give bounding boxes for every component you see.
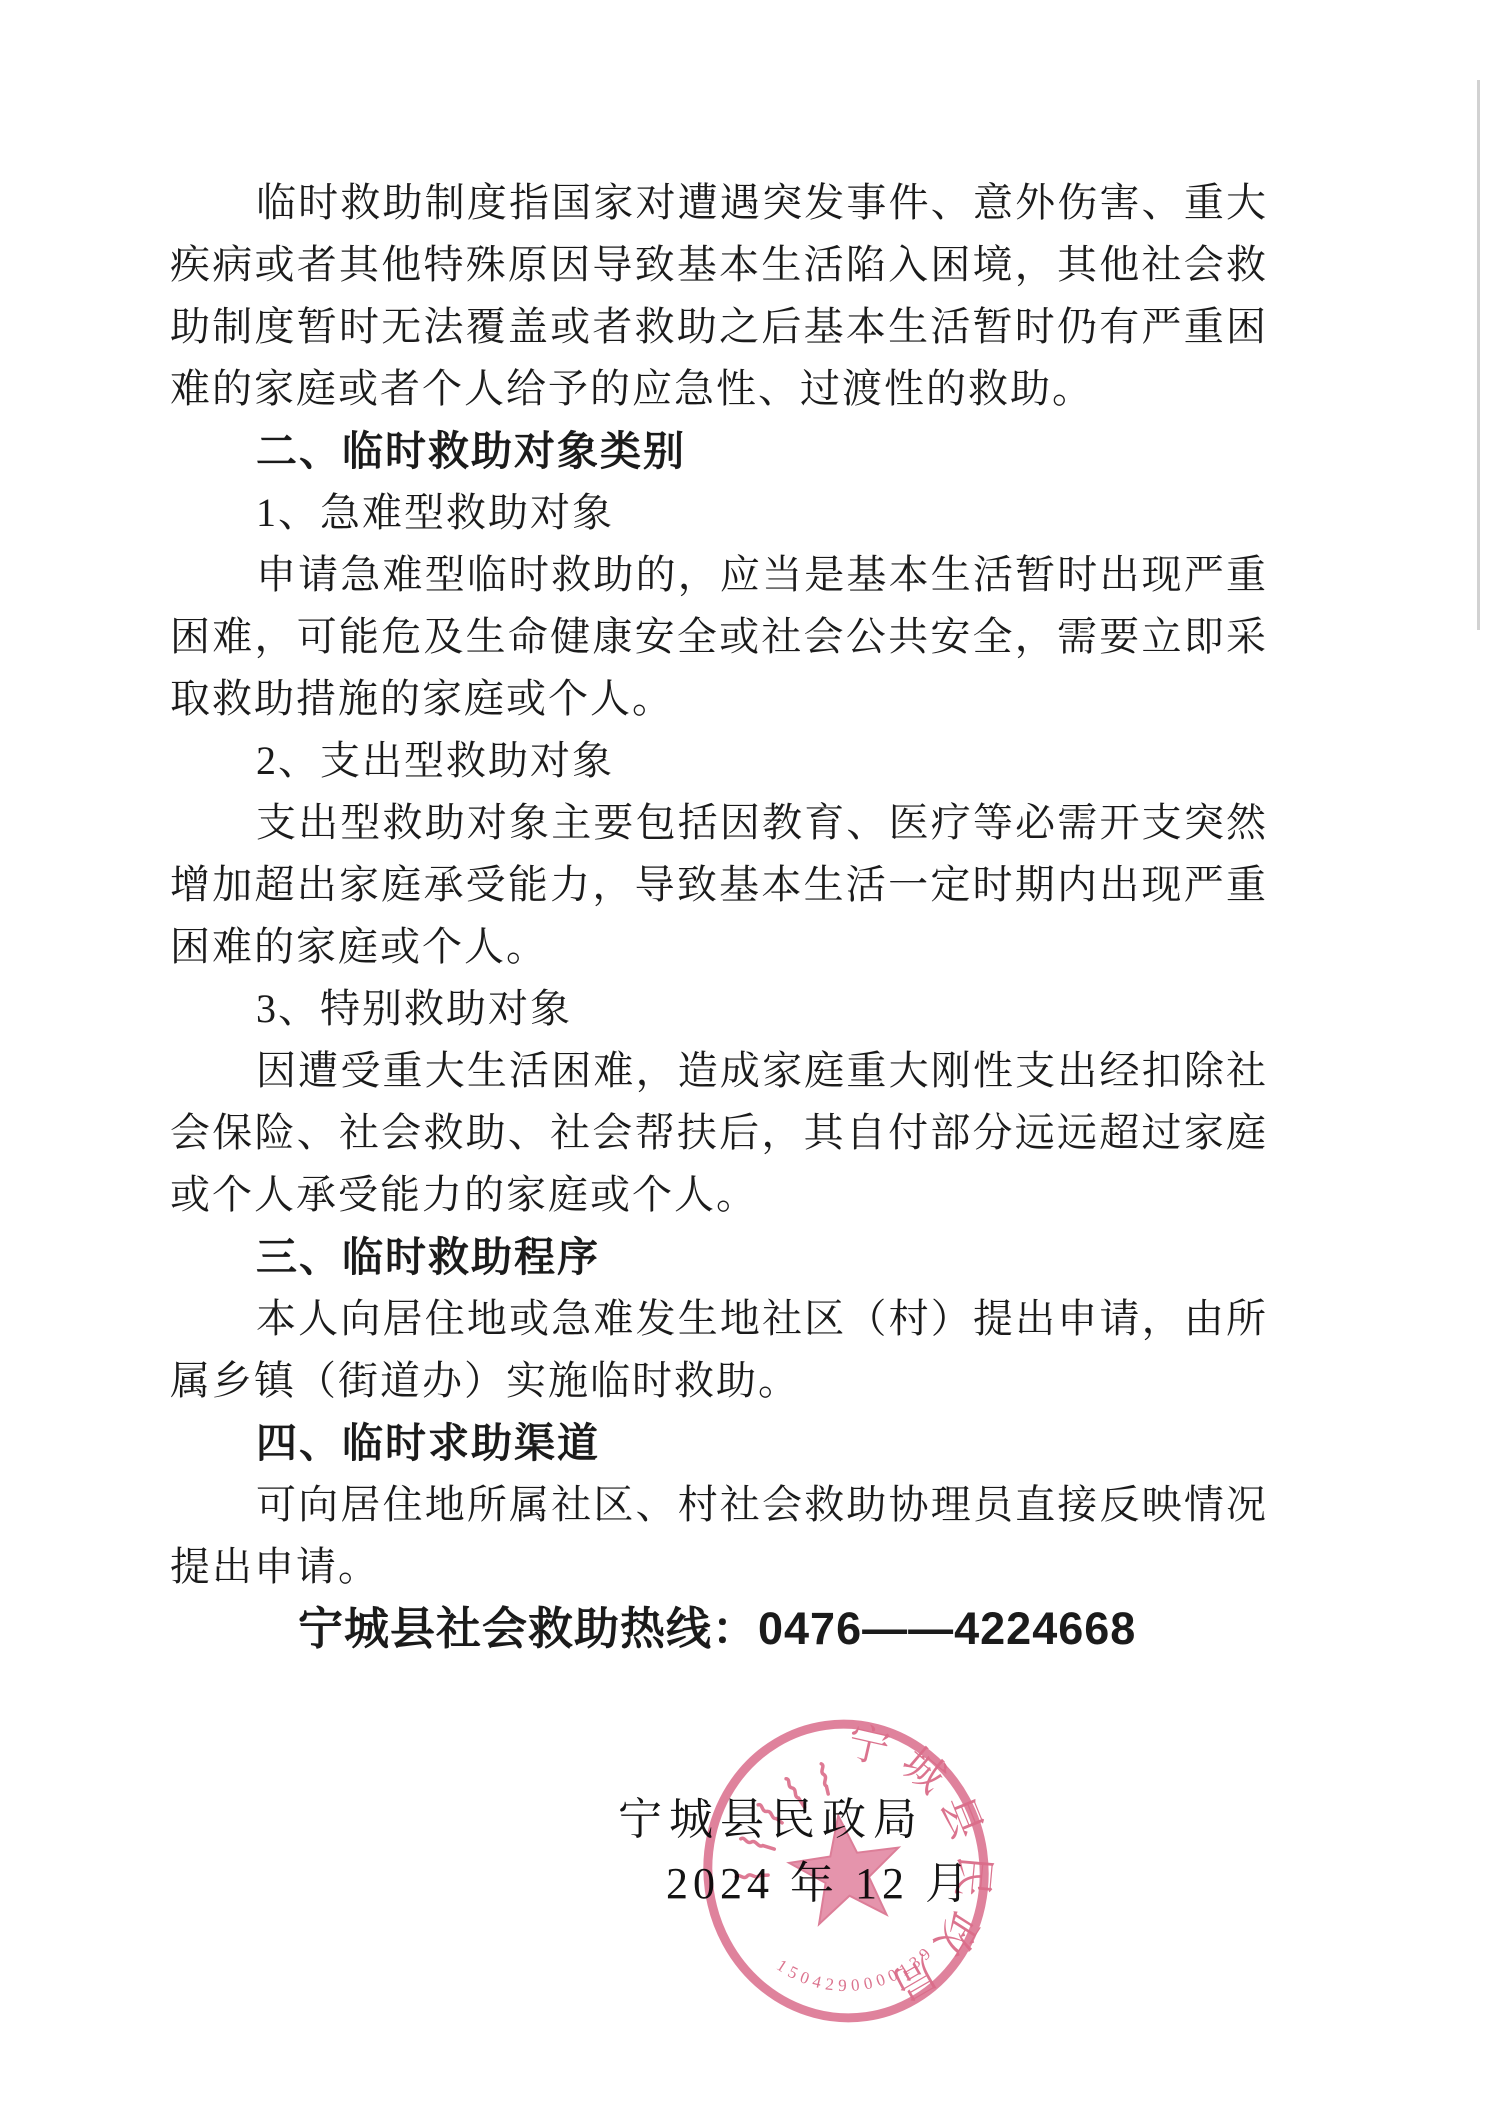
document-page: 临时救助制度指国家对遭遇突发事件、意外伤害、重大疾病或者其他特殊原因导致基本生活… (0, 0, 1488, 2104)
paragraph-heading: 四、临时求助渠道 (170, 1412, 1268, 1474)
paragraph-body: 本人向居住地或急难发生地社区（村）提出申请，由所属乡镇（街道办）实施临时救助。 (170, 1288, 1268, 1412)
paragraph-heading: 二、临时救助对象类别 (170, 420, 1268, 482)
scan-artifact-line (1477, 80, 1480, 630)
official-seal: 宁城县民政局 1504290000139 (696, 1716, 996, 2028)
paragraph-body: 支出型救助对象主要包括因教育、医疗等必需开支突然增加超出家庭承受能力，导致基本生… (170, 792, 1268, 978)
paragraph-body: 申请急难型临时救助的，应当是基本生活暂时出现严重困难，可能危及生命健康安全或社会… (170, 544, 1268, 730)
seal-star-icon (784, 1808, 908, 1927)
paragraph-subheading: 2、支出型救助对象 (170, 730, 1268, 792)
paragraph-body: 临时救助制度指国家对遭遇突发事件、意外伤害、重大疾病或者其他特殊原因导致基本生活… (170, 172, 1268, 420)
paragraph-body: 可向居住地所属社区、村社会救助协理员直接反映情况提出申请。 (170, 1474, 1268, 1598)
paragraph-subheading: 3、特别救助对象 (170, 978, 1268, 1040)
paragraph-hotline: 宁城县社会救助热线：0476——4224668 (170, 1598, 1268, 1660)
paragraph-body: 因遭受重大生活困难，造成家庭重大刚性支出经扣除社会保险、社会救助、社会帮扶后，其… (170, 1040, 1268, 1226)
paragraph-subheading: 1、急难型救助对象 (170, 482, 1268, 544)
paragraph-heading: 三、临时救助程序 (170, 1226, 1268, 1288)
document-body: 临时救助制度指国家对遭遇突发事件、意外伤害、重大疾病或者其他特殊原因导致基本生活… (170, 172, 1268, 1660)
